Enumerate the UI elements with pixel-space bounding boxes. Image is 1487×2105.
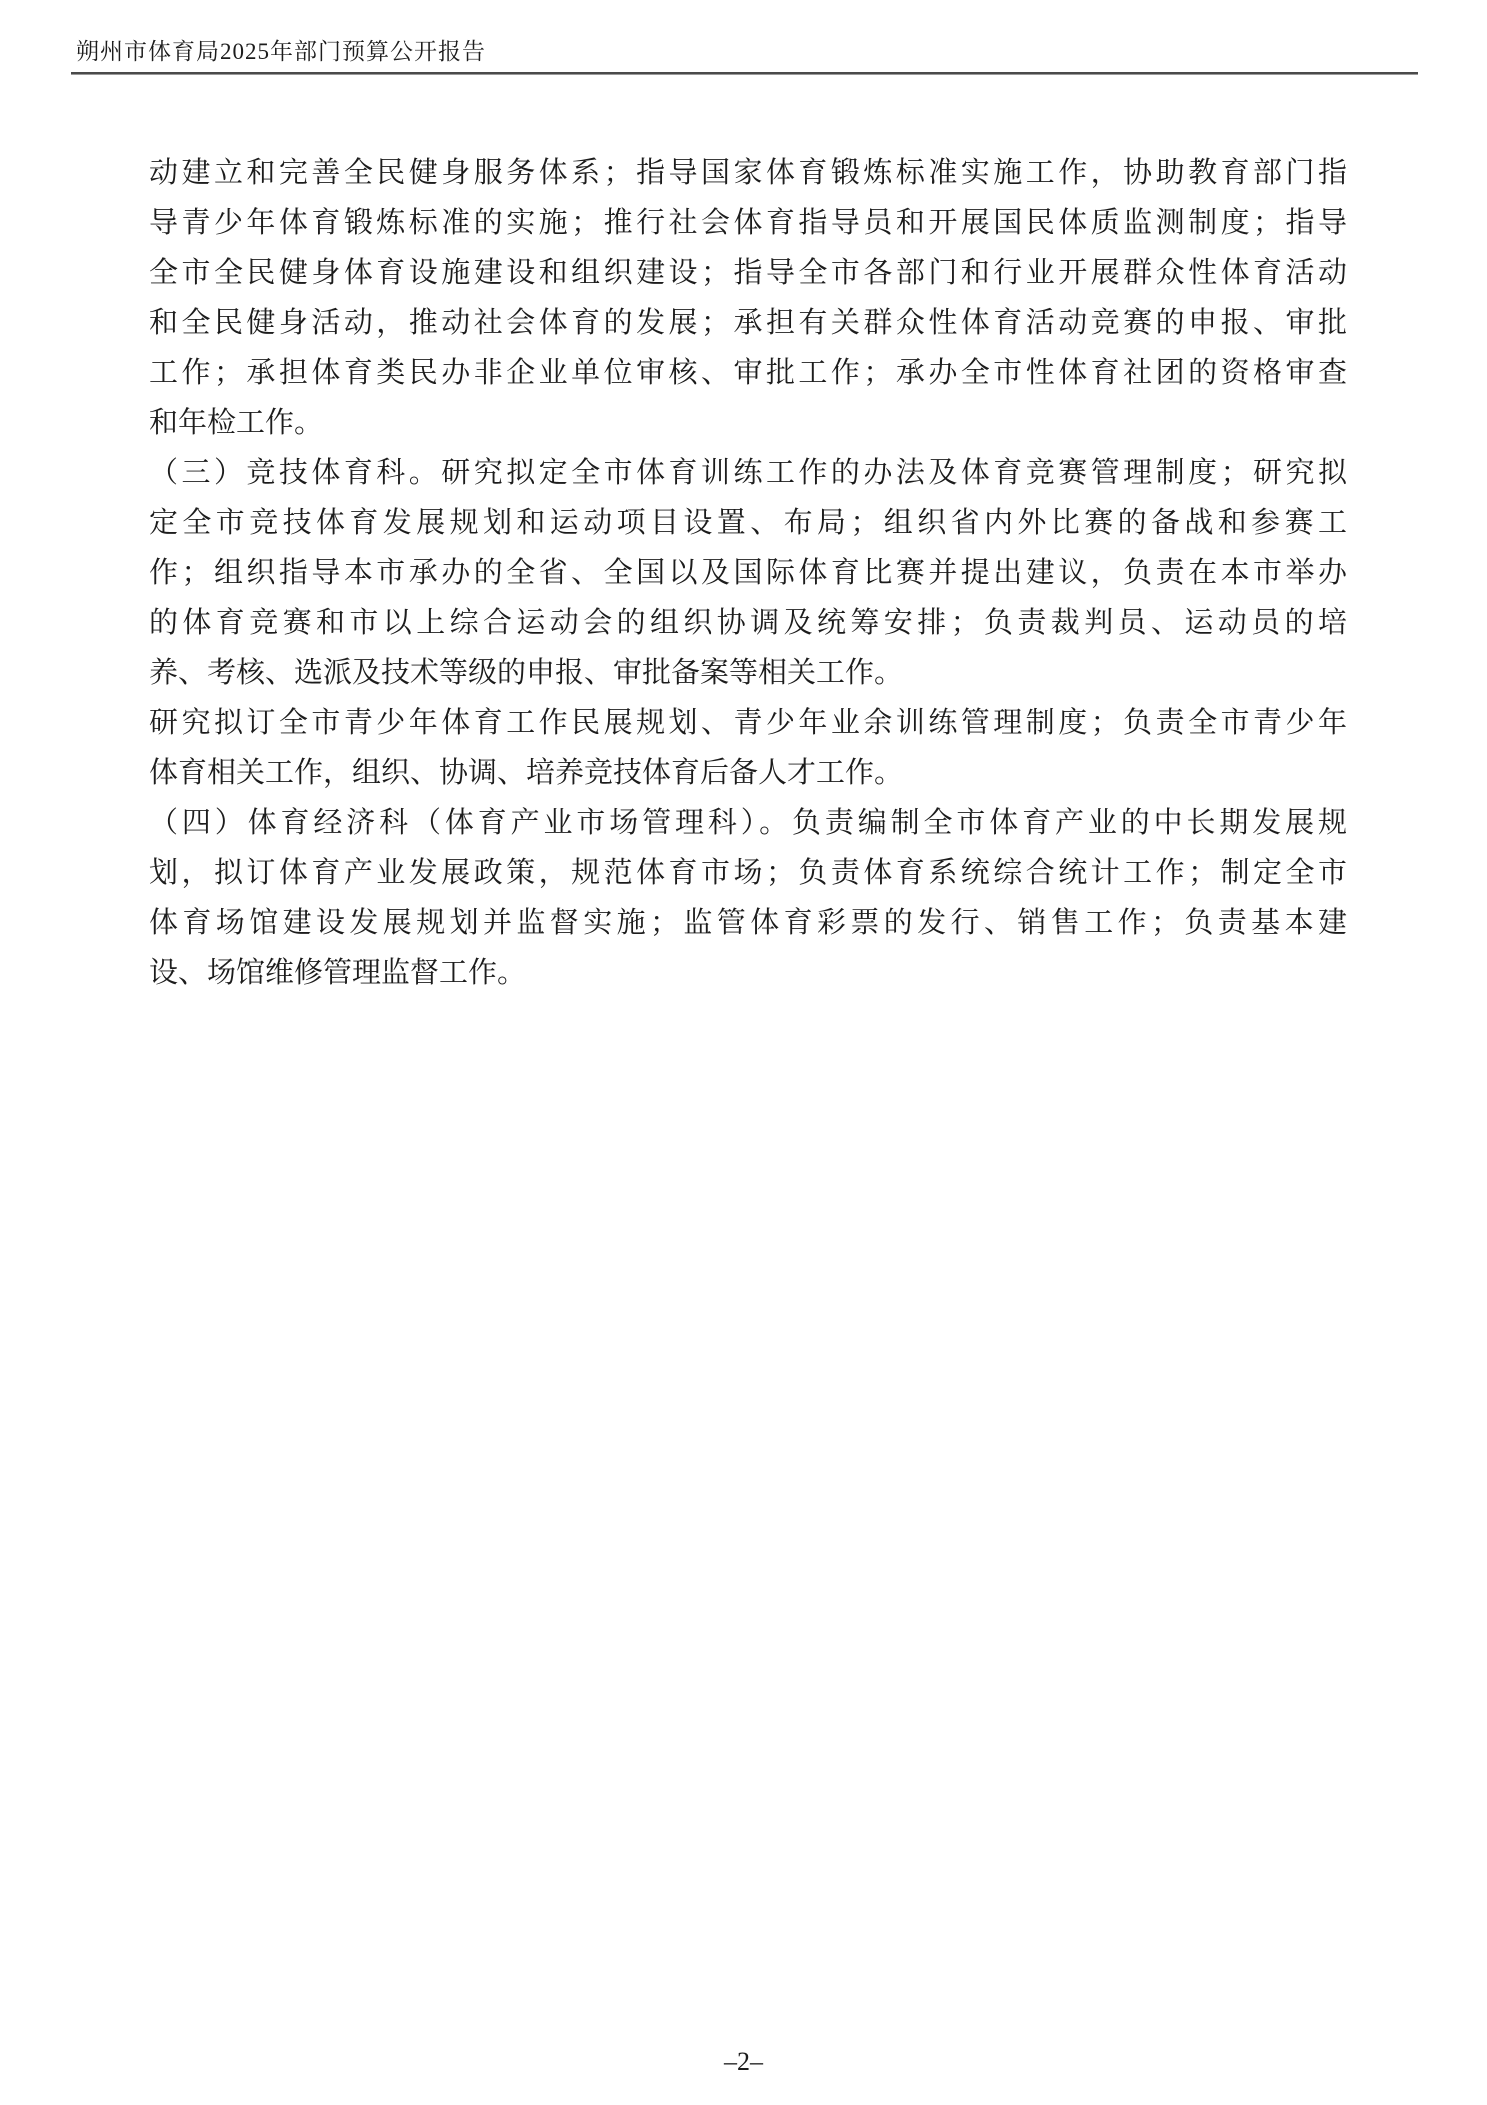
text-line: 划，拟订体育产业发展政策，规范体育市场；负责体育系统综合统计工作；制定全市 xyxy=(149,848,1347,898)
text-line: （四）体育经济科（体育产业市场管理科）。负责编制全市体育产业的中长期发展规 xyxy=(149,798,1347,848)
paragraph-end-line: 体育相关工作，组织、协调、培养竞技体育后备人才工作。 xyxy=(149,748,1347,798)
text-line: （三）竞技体育科。研究拟定全市体育训练工作的办法及体育竞赛管理制度；研究拟 xyxy=(149,448,1347,498)
page-footer: –2– xyxy=(0,2046,1487,2078)
text-line: 和全民健身活动，推动社会体育的发展；承担有关群众性体育活动竞赛的申报、审批 xyxy=(149,298,1347,348)
text-line: 作；组织指导本市承办的全省、全国以及国际体育比赛并提出建议，负责在本市举办 xyxy=(149,548,1347,598)
header-title: 朔州市体育局2025年部门预算公开报告 xyxy=(76,39,486,64)
header-divider-rule xyxy=(71,72,1418,75)
text-line: 体育场馆建设发展规划并监督实施；监管体育彩票的发行、销售工作；负责基本建 xyxy=(149,898,1347,948)
text-line: 全市全民健身体育设施建设和组织建设；指导全市各部门和行业开展群众性体育活动 xyxy=(149,248,1347,298)
text-line: 工作；承担体育类民办非企业单位审核、审批工作；承办全市性体育社团的资格审查 xyxy=(149,348,1347,398)
text-line: 导青少年体育锻炼标准的实施；推行社会体育指导员和开展国民体质监测制度；指导 xyxy=(149,198,1347,248)
text-line: 动建立和完善全民健身服务体系；指导国家体育锻炼标准实施工作，协助教育部门指 xyxy=(149,148,1347,198)
document-body: 动建立和完善全民健身服务体系；指导国家体育锻炼标准实施工作，协助教育部门指 导青… xyxy=(149,148,1347,998)
page-header: 朔州市体育局2025年部门预算公开报告 xyxy=(76,38,486,66)
page-number: –2– xyxy=(724,2047,763,2076)
paragraph-end-line: 养、考核、选派及技术等级的申报、审批备案等相关工作。 xyxy=(149,648,1347,698)
text-line: 的体育竞赛和市以上综合运动会的组织协调及统筹安排；负责裁判员、运动员的培 xyxy=(149,598,1347,648)
paragraph-end-line: 和年检工作。 xyxy=(149,398,1347,448)
paragraph-end-line: 设、场馆维修管理监督工作。 xyxy=(149,948,1347,998)
text-line: 定全市竞技体育发展规划和运动项目设置、布局；组织省内外比赛的备战和参赛工 xyxy=(149,498,1347,548)
text-line: 研究拟订全市青少年体育工作民展规划、青少年业余训练管理制度；负责全市青少年 xyxy=(149,698,1347,748)
